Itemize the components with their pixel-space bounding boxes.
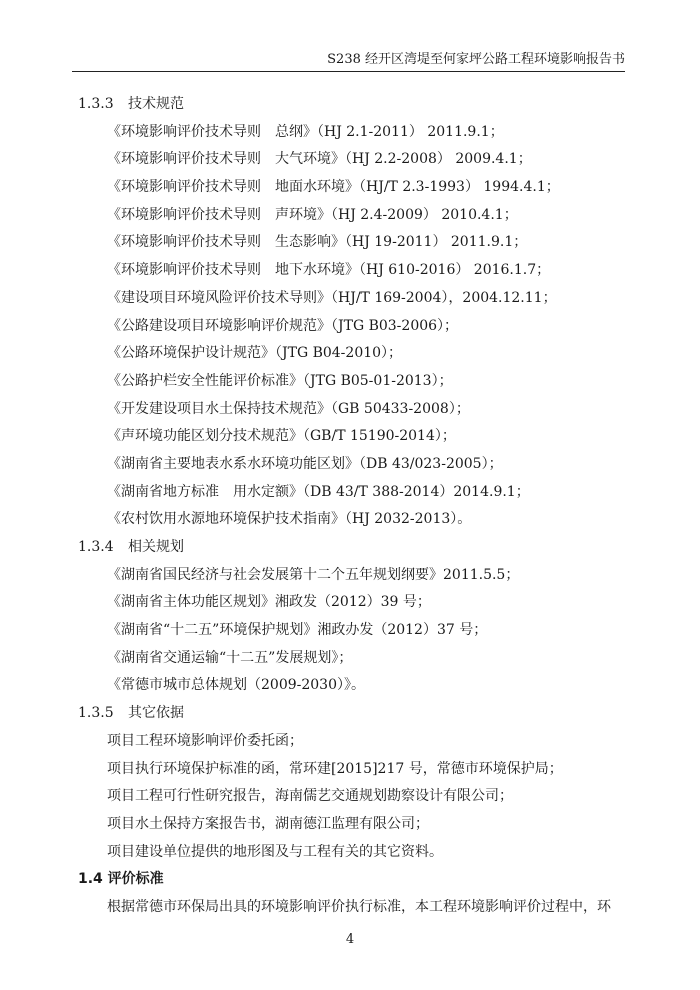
list-item: 《环境影响评价技术导则 总纲》（HJ 2.1-2011） 2011.9.1； — [80, 119, 640, 147]
list-item: 《湖南省交通运输“十二五”发展规划》； — [80, 645, 640, 673]
list-item: 《环境影响评价技术导则 地下水环境》（HJ 610-2016） 2016.1.7… — [80, 257, 640, 285]
list-item: 《环境影响评价技术导则 大气环境》（HJ 2.2-2008） 2009.4.1； — [80, 146, 640, 174]
list-item: 《开发建设项目水土保持技术规范》（GB 50433-2008）； — [80, 396, 640, 424]
list-item: 《公路护栏安全性能评价标准》（JTG B05-01-2013）； — [80, 368, 640, 396]
list-item: 项目工程可行性研究报告，海南儒艺交通规划勘察设计有限公司； — [80, 783, 640, 811]
list-item: 《湖南省国民经济与社会发展第十二个五年规划纲要》2011.5.5； — [80, 562, 640, 590]
section-title: 其它依据 — [128, 705, 184, 721]
list-item: 《湖南省“十二五”环境保护规划》湘政办发（2012）37 号； — [80, 617, 640, 645]
section-title: 技术规范 — [128, 96, 184, 112]
list-item: 《湖南省主要地表水系水环境功能区划》（DB 43/023-2005）； — [80, 451, 640, 479]
list-item: 《环境影响评价技术导则 地面水环境》（HJ/T 2.3-1993） 1994.4… — [80, 174, 640, 202]
section-title: 相关规划 — [128, 539, 184, 555]
list-item: 项目建设单位提供的地形图及与工程有关的其它资料。 — [80, 839, 640, 867]
page-content: 1.3.3技术规范 《环境影响评价技术导则 总纲》（HJ 2.1-2011） 2… — [80, 91, 640, 922]
list-item: 《湖南省地方标准 用水定额》（DB 43/T 388-2014）2014.9.1… — [80, 479, 640, 507]
list-item: 《湖南省主体功能区规划》湘政发（2012）39 号； — [80, 589, 640, 617]
section-heading-1-4: 1.4 评价标准 — [78, 866, 640, 894]
list-item: 《环境影响评价技术导则 声环境》（HJ 2.4-2009） 2010.4.1； — [80, 202, 640, 230]
list-item: 《声环境功能区划分技术规范》（GB/T 15190-2014）； — [80, 423, 640, 451]
list-item: 《公路建设项目环境影响评价规范》（JTG B03-2006）； — [80, 313, 640, 341]
list-item: 《建设项目环境风险评价技术导则》（HJ/T 169-2004），2004.12.… — [80, 285, 640, 313]
list-item: 《公路环境保护设计规范》（JTG B04-2010）； — [80, 340, 640, 368]
section-number: 1.3.3 — [78, 91, 128, 119]
page-header: S238 经开区湾堤至何家坪公路工程环境影响报告书 — [72, 52, 625, 72]
section-heading-1-3-5: 1.3.5其它依据 — [78, 700, 640, 728]
list-item: 项目水土保持方案报告书，湖南德江监理有限公司； — [80, 811, 640, 839]
section-number: 1.3.5 — [78, 700, 128, 728]
document-title: S238 经开区湾堤至何家坪公路工程环境影响报告书 — [327, 52, 625, 67]
list-item: 项目工程环境影响评价委托函； — [80, 728, 640, 756]
list-item: 《环境影响评价技术导则 生态影响》（HJ 19-2011） 2011.9.1； — [80, 229, 640, 257]
section-heading-1-3-3: 1.3.3技术规范 — [78, 91, 640, 119]
list-item: 项目执行环境保护标准的函，常环建[2015]217 号，常德市环境保护局； — [80, 756, 640, 784]
body-paragraph: 根据常德市环保局出具的环境影响评价执行标准，本工程环境影响评价过程中，环 — [80, 894, 640, 922]
section-number: 1.3.4 — [78, 534, 128, 562]
page-number: 4 — [0, 932, 700, 947]
list-item: 《常德市城市总体规划（2009-2030）》。 — [80, 672, 640, 700]
list-item: 《农村饮用水源地环境保护技术指南》（HJ 2032-2013）。 — [80, 506, 640, 534]
section-heading-1-3-4: 1.3.4相关规划 — [78, 534, 640, 562]
